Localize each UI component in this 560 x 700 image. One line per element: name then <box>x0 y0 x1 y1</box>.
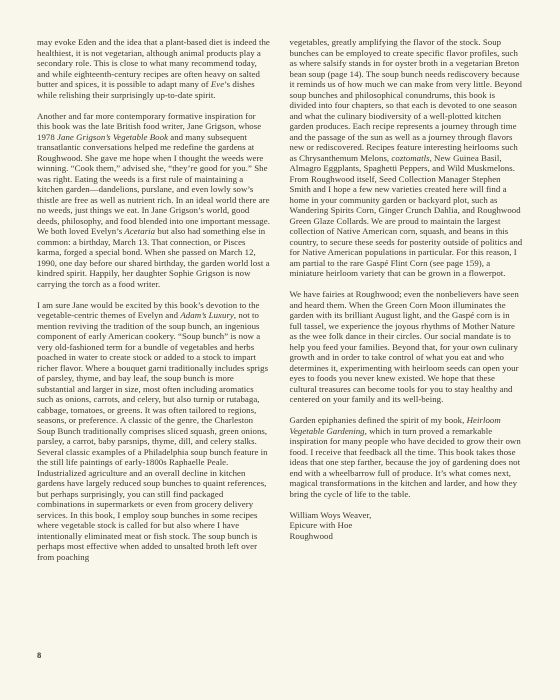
body-text: Garden epiphanies defined the spirit of … <box>290 415 467 425</box>
italic-text: Acetaria <box>124 226 155 236</box>
paragraph: Garden epiphanies defined the spirit of … <box>290 415 524 499</box>
signature-line: Epicure with Hoe <box>290 520 524 531</box>
text-columns: may evoke Eden and the idea that a plant… <box>37 37 523 573</box>
italic-text: Jane Grigson’s Vegetable Book <box>57 132 168 142</box>
page-number: 8 <box>37 650 41 660</box>
text-column-left: may evoke Eden and the idea that a plant… <box>37 37 271 573</box>
body-text: , New Guinea Basil, Almagro Eggplants, S… <box>290 153 523 279</box>
signature-line: William Woys Weaver, <box>290 510 524 521</box>
body-text: and many subsequent transatlantic conver… <box>37 132 270 237</box>
body-text: , which in turn proved a remarkable insp… <box>290 426 521 499</box>
italic-text: Eve <box>211 79 224 89</box>
paragraph: I am sure Jane would be excited by this … <box>37 300 271 563</box>
body-text: vegetables, greatly amplifying the flavo… <box>290 37 523 163</box>
italic-text: Adam’s Luxury <box>180 310 234 320</box>
author-signature: William Woys Weaver,Epicure with HoeRoug… <box>290 510 524 542</box>
paragraph: We have fairies at Roughwood; even the n… <box>290 289 524 405</box>
paragraph: may evoke Eden and the idea that a plant… <box>37 37 271 100</box>
paragraph: vegetables, greatly amplifying the flavo… <box>290 37 524 279</box>
italic-text: coztomatls <box>391 153 429 163</box>
right-column-paragraphs: vegetables, greatly amplifying the flavo… <box>290 37 524 499</box>
text-column-right: vegetables, greatly amplifying the flavo… <box>290 37 524 573</box>
body-text: We have fairies at Roughwood; even the n… <box>290 289 519 404</box>
book-page: may evoke Eden and the idea that a plant… <box>0 0 560 700</box>
paragraph: Another and far more contemporary format… <box>37 111 271 290</box>
body-text: , not to mention reviving the tradition … <box>37 310 268 562</box>
signature-line: Roughwood <box>290 531 524 542</box>
